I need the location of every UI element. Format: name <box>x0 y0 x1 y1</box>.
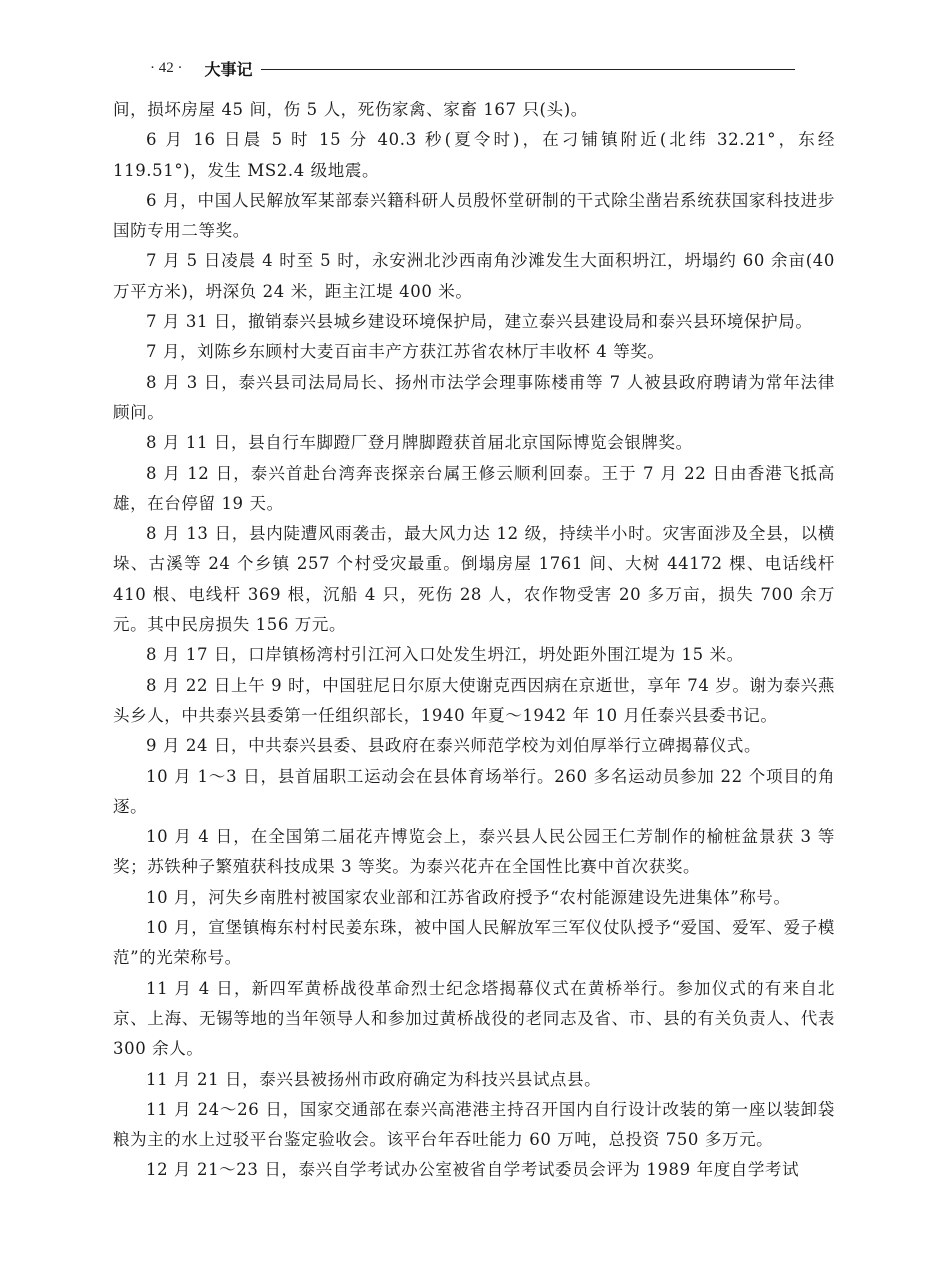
paragraph: 11 月 4 日，新四军黄桥战役革命烈士纪念塔揭幕仪式在黄桥举行。参加仪式的有来… <box>113 974 835 1065</box>
paragraph: 8 月 12 日，泰兴首赴台湾奔丧探亲台属王修云顺利回泰。王于 7 月 22 日… <box>113 459 835 520</box>
paragraph: 8 月 11 日，县自行车脚蹬厂登月牌脚蹬获首届北京国际博览会银牌奖。 <box>113 428 835 458</box>
header-rule <box>261 69 795 70</box>
section-title: 大事记 <box>205 57 253 80</box>
paragraph: 10 月 1～3 日，县首届职工运动会在县体育场举行。260 多名运动员参加 2… <box>113 762 835 823</box>
paragraph: 10 月 4 日，在全国第二届花卉博览会上，泰兴县人民公园王仁芳制作的榆桩盆景获… <box>113 822 835 883</box>
paragraph: 9 月 24 日，中共泰兴县委、县政府在泰兴师范学校为刘伯厚举行立碑揭幕仪式。 <box>113 731 835 761</box>
paragraph: 7 月，刘陈乡东顾村大麦百亩丰产方获江苏省农林厅丰收杯 4 等奖。 <box>113 337 835 367</box>
paragraph: 8 月 3 日，泰兴县司法局局长、扬州市法学会理事陈楼甫等 7 人被县政府聘请为… <box>113 368 835 429</box>
paragraph: 10 月，宣堡镇梅东村村民姜东珠，被中国人民解放军三军仪仗队授予“爱国、爱军、爱… <box>113 913 835 974</box>
paragraph: 间，损坏房屋 45 间，伤 5 人，死伤家禽、家畜 167 只(头)。 <box>113 95 835 125</box>
paragraph: 11 月 24～26 日，国家交通部在泰兴高港港主持召开国内自行设计改装的第一座… <box>113 1095 835 1156</box>
paragraph: 8 月 13 日，县内陡遭风雨袭击，最大风力达 12 级，持续半小时。灾害面涉及… <box>113 519 835 640</box>
paragraph: 7 月 31 日，撤销泰兴县城乡建设环境保护局，建立泰兴县建设局和泰兴县环境保护… <box>113 307 835 337</box>
paragraph: 8 月 22 日上午 9 时，中国驻尼日尔原大使谢克西因病在京逝世，享年 74 … <box>113 671 835 732</box>
paragraph: 7 月 5 日凌晨 4 时至 5 时，永安洲北沙西南角沙滩发生大面积坍江，坍塌约… <box>113 246 835 307</box>
paragraph: 8 月 17 日，口岸镇杨湾村引江河入口处发生坍江，坍处距外围江堤为 15 米。 <box>113 640 835 670</box>
paragraph: 12 月 21～23 日，泰兴自学考试办公室被省自学考试委员会评为 1989 年… <box>113 1155 835 1185</box>
paragraph: 11 月 21 日，泰兴县被扬州市政府确定为科技兴县试点县。 <box>113 1065 835 1095</box>
page-header: · 42 · 大事记 <box>150 56 795 80</box>
paragraph: 6 月，中国人民解放军某部泰兴籍科研人员殷怀堂研制的干式除尘凿岩系统获国家科技进… <box>113 186 835 247</box>
paragraph: 10 月，河失乡南胜村被国家农业部和江苏省政府授予“农村能源建设先进集体”称号。 <box>113 883 835 913</box>
page-number: · 42 · <box>150 60 183 77</box>
paragraph: 6 月 16 日晨 5 时 15 分 40.3 秒(夏令时)，在刁铺镇附近(北纬… <box>113 125 835 186</box>
body-text: 间，损坏房屋 45 间，伤 5 人，死伤家禽、家畜 167 只(头)。 6 月 … <box>113 95 835 1186</box>
